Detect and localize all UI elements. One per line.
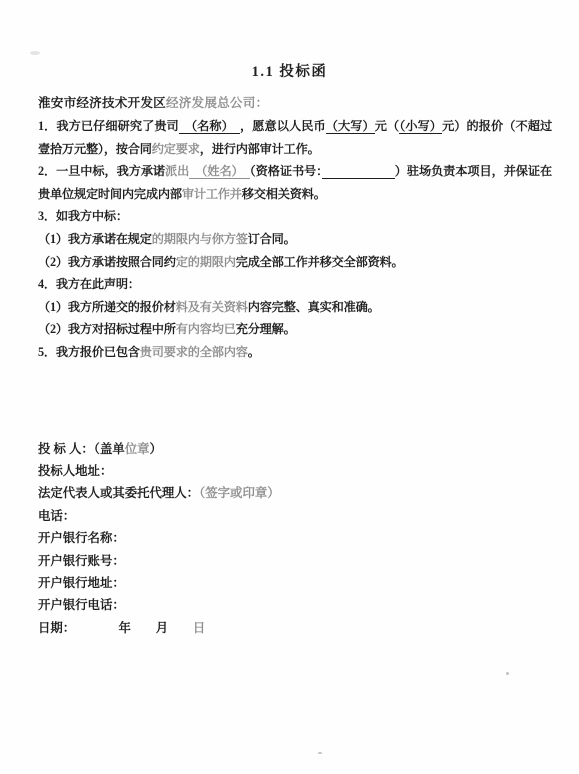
text-run: 淮安市经济技术开发区: [38, 96, 166, 110]
scan-smudge: [30, 51, 40, 55]
signature-line: 开户银行名称：: [38, 527, 549, 549]
text-run: ，愿意以人民币: [240, 119, 326, 133]
text-run: 的期限内与你方签: [152, 232, 248, 246]
text-run: （1）我方承诺在规定: [38, 232, 152, 246]
fill-in-blank: [322, 164, 395, 179]
text-run: 电话：: [38, 509, 75, 523]
paragraph: （2）我方承诺按照合同约定的期限内完成全部工作并移交全部资料。: [38, 251, 552, 274]
text-run: 贵司要求的全部内容: [140, 345, 248, 359]
text-run: 5．我方报价已包含: [38, 345, 140, 359]
text-run: 料及有关资料: [176, 300, 248, 314]
text-run: 开户银行账号：: [38, 554, 125, 568]
text-run: 。: [248, 345, 260, 359]
text-run: 元（: [375, 119, 399, 133]
paragraph: 4．我方在此声明：: [38, 273, 552, 296]
text-run: 法定代表人或其委托代理人：: [38, 486, 199, 500]
text-run: ）: [150, 442, 162, 456]
text-run: 日期： 年 月: [38, 621, 193, 635]
text-run: 投 标 人：（盖单: [38, 442, 125, 456]
text-run: 审计工作并: [182, 187, 242, 201]
text-run: ，进行内部审计工作。: [200, 142, 320, 156]
text-run: 完成全部工作并移交全部资料。: [236, 255, 404, 269]
text-run: 定的期限内: [176, 255, 236, 269]
text-run: （2）我方对招标过程中所: [38, 322, 176, 336]
text-run: 2．一旦中标，我方承诺: [38, 164, 165, 178]
fill-in-blank: （姓名）: [189, 164, 249, 179]
paragraph: （1）我方所递交的报价材料及有关资料内容完整、真实和准确。: [38, 296, 552, 319]
text-run: 日: [193, 621, 205, 635]
scan-speck: [318, 752, 322, 754]
text-run: 开户银行电话：: [38, 598, 125, 612]
fill-in-blank: （大写）: [326, 119, 375, 134]
fill-in-blank: （小写）: [399, 119, 442, 134]
text-run: 有内容均已: [176, 322, 236, 336]
signature-line: 投 标 人：（盖单位章）: [38, 438, 549, 460]
page-title: 1.1 投标函: [0, 60, 579, 81]
signature-line: 开户银行电话：: [38, 594, 549, 616]
body-paragraphs: 1．我方已仔细研究了贵司 （名称） ，愿意以人民币（大写）元（（小写）元）的报价…: [38, 115, 552, 364]
signature-line: 法定代表人或其委托代理人：（签字或印章）: [38, 482, 549, 504]
text-run: 内容完整、真实和准确。: [248, 300, 380, 314]
text-run: 移交相关资料。: [242, 187, 326, 201]
text-run: （1）我方所递交的报价材: [38, 300, 176, 314]
text-run: 订合同。: [248, 232, 296, 246]
text-run: 充分理解。: [236, 322, 296, 336]
text-run: （资格证书号：: [250, 164, 323, 178]
paragraph: 1．我方已仔细研究了贵司 （名称） ，愿意以人民币（大写）元（（小写）元）的报价…: [38, 115, 552, 160]
paragraph: 2．一旦中标，我方承诺派出 （姓名） （资格证书号： ）驻场负责本项目，并保证在…: [38, 160, 552, 205]
scan-speck: [506, 672, 509, 675]
fill-in-blank: （名称）: [179, 119, 240, 134]
signature-line: 电话：: [38, 505, 549, 527]
text-run: 投标人地址：: [38, 464, 112, 478]
text-run: 开户银行地址：: [38, 576, 125, 590]
text-run: 3．如我方中标：: [38, 209, 128, 223]
text-run: 4．我方在此声明：: [38, 277, 140, 291]
text-run: 经济发展总公司：: [166, 96, 268, 110]
signature-line: 日期： 年 月 日: [38, 617, 549, 639]
text-run: 位章: [125, 442, 150, 456]
text-run: （2）我方承诺按照合同约: [38, 255, 176, 269]
text-run: 约定要求: [152, 142, 200, 156]
paragraph: 3．如我方中标：: [38, 205, 552, 228]
signature-block: 投 标 人：（盖单位章）投标人地址：法定代表人或其委托代理人：（签字或印章）电话…: [38, 438, 549, 640]
paragraph: 5．我方报价已包含贵司要求的全部内容。: [38, 341, 552, 364]
text-run: （签字或印章）: [199, 486, 280, 500]
paragraph: （2）我方对招标过程中所有内容均已充分理解。: [38, 318, 552, 341]
paragraph: （1）我方承诺在规定的期限内与你方签订合同。: [38, 228, 552, 251]
text-run: 派出: [165, 164, 189, 178]
signature-line: 开户银行账号：: [38, 550, 549, 572]
scanned-document-page: 1.1 投标函 淮安市经济技术开发区经济发展总公司： 1．我方已仔细研究了贵司 …: [0, 0, 579, 774]
signature-line: 投标人地址：: [38, 460, 549, 482]
text-run: 开户银行名称：: [38, 531, 125, 545]
text-run: 1．我方已仔细研究了贵司: [38, 119, 179, 133]
addressee-line: 淮安市经济技术开发区经济发展总公司：: [38, 92, 551, 111]
signature-line: 开户银行地址：: [38, 572, 549, 594]
